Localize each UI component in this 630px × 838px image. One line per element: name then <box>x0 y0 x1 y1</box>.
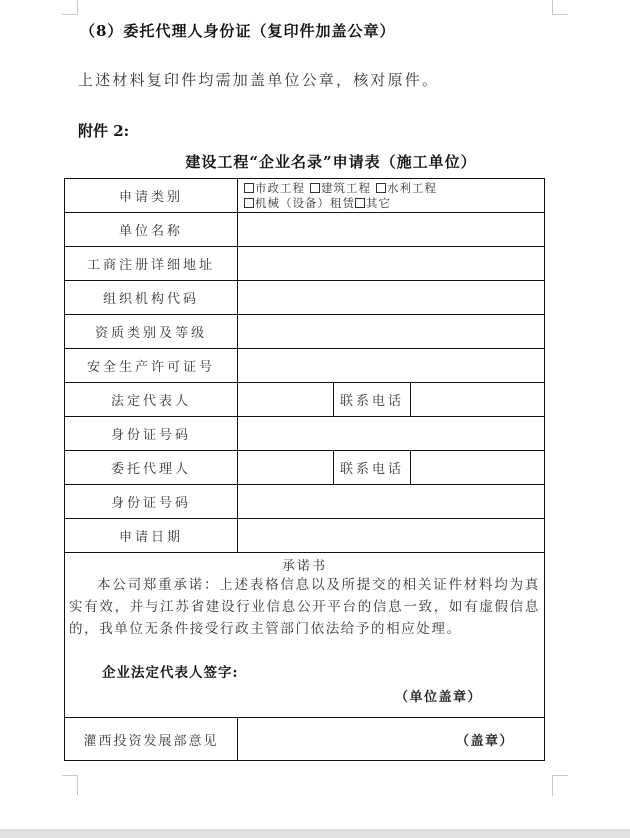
list-item-8: （8）委托代理人身份证（复印件加盖公章） <box>80 20 395 41</box>
org-code-field[interactable] <box>238 281 545 315</box>
pledge-title: 承诺书 <box>65 555 544 574</box>
row-safety-license: 安全生产许可证号 <box>65 349 545 383</box>
row-agent-id: 身份证号码 <box>65 485 545 519</box>
row-apply-date: 申请日期 <box>65 519 545 553</box>
crop-mark-top-right <box>552 0 568 15</box>
row-address: 工商注册详细地址 <box>65 247 545 281</box>
org-code-label: 组织机构代码 <box>65 281 238 315</box>
opinion-label: 灌西投资发展部意见 <box>65 718 238 761</box>
legal-rep-phone-field[interactable] <box>411 383 545 417</box>
row-pledge: 承诺书 本公司郑重承诺：上述表格信息以及所提交的相关证件材料均为真实有效，并与江… <box>65 553 545 718</box>
category-option-equipment-rental[interactable]: 机械（设备）租赁 <box>244 196 355 210</box>
pledge-section: 承诺书 本公司郑重承诺：上述表格信息以及所提交的相关证件材料均为真实有效，并与江… <box>65 553 545 718</box>
category-option-building[interactable]: 建筑工程 <box>310 181 371 195</box>
checkbox-icon[interactable] <box>244 198 254 208</box>
opinion-field[interactable]: （盖章） <box>238 718 545 761</box>
row-legal-rep: 法定代表人 联系电话 <box>65 383 545 417</box>
agent-label: 委托代理人 <box>65 451 238 485</box>
agent-id-field[interactable] <box>238 485 545 519</box>
qualification-label: 资质类别及等级 <box>65 315 238 349</box>
form-title: 建设工程“企业名录”申请表（施工单位） <box>0 151 630 172</box>
category-option-other[interactable]: 其它 <box>355 196 391 210</box>
legal-rep-signature-label: 企业法定代表人签字: <box>102 661 238 681</box>
qualification-field[interactable] <box>238 315 545 349</box>
crop-mark-top-left <box>62 0 78 15</box>
agent-field[interactable] <box>238 451 334 485</box>
legal-rep-id-field[interactable] <box>238 417 545 451</box>
attachment-heading: 附件 2: <box>78 120 129 141</box>
unit-name-field[interactable] <box>238 213 545 247</box>
document-page: （8）委托代理人身份证（复印件加盖公章） 上述材料复印件均需加盖单位公章，核对原… <box>0 0 630 828</box>
apply-date-label: 申请日期 <box>65 519 238 553</box>
row-category: 申请类别 市政工程建筑工程水利工程 机械（设备）租赁其它 <box>65 179 545 213</box>
pledge-body: 本公司郑重承诺：上述表格信息以及所提交的相关证件材料均为真实有效，并与江苏省建设… <box>65 574 544 640</box>
apply-date-field[interactable] <box>238 519 545 553</box>
row-agent: 委托代理人 联系电话 <box>65 451 545 485</box>
application-form-table: 申请类别 市政工程建筑工程水利工程 机械（设备）租赁其它 单位名称 工商注册详细… <box>64 178 545 761</box>
legal-rep-field[interactable] <box>238 383 334 417</box>
checkbox-icon[interactable] <box>376 183 386 193</box>
legal-rep-id-label: 身份证号码 <box>65 417 238 451</box>
checkbox-icon[interactable] <box>244 183 254 193</box>
instruction-paragraph: 上述材料复印件均需加盖单位公章，核对原件。 <box>78 69 439 90</box>
safety-license-field[interactable] <box>238 349 545 383</box>
unit-name-label: 单位名称 <box>65 213 238 247</box>
category-option-municipal[interactable]: 市政工程 <box>244 181 305 195</box>
crop-mark-bottom-right <box>552 775 568 796</box>
row-unit-name: 单位名称 <box>65 213 545 247</box>
row-org-code: 组织机构代码 <box>65 281 545 315</box>
legal-rep-label: 法定代表人 <box>65 383 238 417</box>
category-options: 市政工程建筑工程水利工程 机械（设备）租赁其它 <box>238 179 545 213</box>
address-field[interactable] <box>238 247 545 281</box>
agent-phone-field[interactable] <box>411 451 545 485</box>
category-label: 申请类别 <box>65 179 238 213</box>
legal-rep-phone-label: 联系电话 <box>334 383 411 417</box>
unit-seal-label: （单位盖章） <box>395 686 482 705</box>
opinion-seal-label: （盖章） <box>456 730 514 749</box>
checkbox-icon[interactable] <box>310 183 320 193</box>
row-opinion: 灌西投资发展部意见 （盖章） <box>65 718 545 761</box>
agent-phone-label: 联系电话 <box>334 451 411 485</box>
agent-id-label: 身份证号码 <box>65 485 238 519</box>
crop-mark-bottom-left <box>62 775 78 796</box>
window-bottom-bar <box>0 829 630 838</box>
address-label: 工商注册详细地址 <box>65 247 238 281</box>
row-qualification: 资质类别及等级 <box>65 315 545 349</box>
row-legal-rep-id: 身份证号码 <box>65 417 545 451</box>
category-option-water[interactable]: 水利工程 <box>376 181 437 195</box>
checkbox-icon[interactable] <box>355 198 365 208</box>
safety-license-label: 安全生产许可证号 <box>65 349 238 383</box>
